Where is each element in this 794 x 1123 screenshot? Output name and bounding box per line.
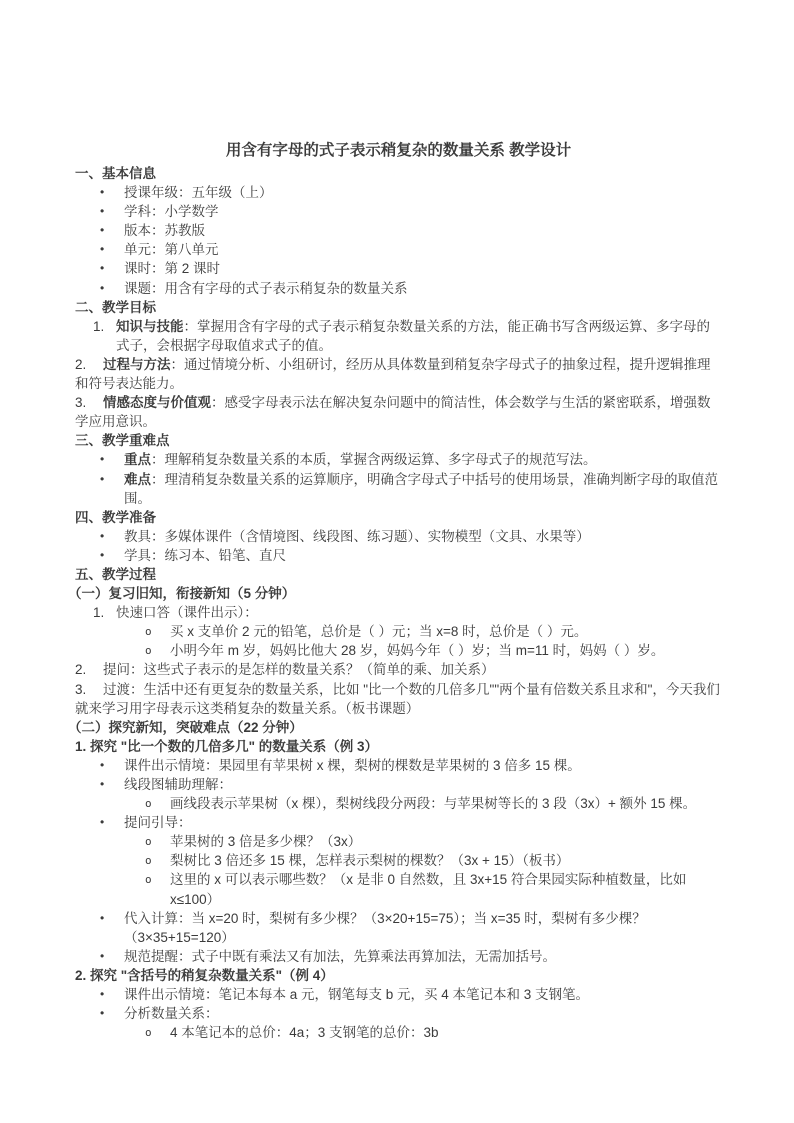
objective-label: 过程与方法 — [103, 357, 171, 372]
objective-knowledge: 知识与技能：掌握用含有字母的式子表示稍复杂数量关系的方法，能正确书写含两级运算、… — [116, 317, 722, 355]
key-point-difficulty: 难点：理清稍复杂数量关系的运算顺序，明确含字母式子中括号的使用场景，准确判断字母… — [124, 470, 722, 508]
explore1-guide-q2: 梨树比 3 倍还多 15 棵，怎样表示梨树的棵数？（3x + 15）（板书） — [170, 851, 722, 870]
sub-list-item: o 苹果树的 3 倍是多少棵？（3x） — [75, 832, 722, 851]
bullet-icon: • — [100, 1004, 124, 1023]
quick-answer-q2: 小明今年 m 岁，妈妈比他大 28 岁，妈妈今年（ ）岁；当 m=11 时，妈妈… — [170, 641, 722, 660]
list-item: • 课题：用含有字母的式子表示稍复杂的数量关系 — [75, 279, 722, 298]
list-item: • 难点：理清稍复杂数量关系的运算顺序，明确含字母式子中括号的使用场景，准确判断… — [75, 470, 722, 508]
explore1-diagram: 线段图辅助理解： — [124, 775, 722, 794]
explore1-guide: 提问引导： — [124, 813, 722, 832]
numbered-item: 1. 快速口答（课件出示）： — [75, 603, 722, 622]
section-heading-basic-info: 一、基本信息 — [75, 164, 722, 183]
bullet-icon: • — [100, 202, 124, 221]
process-part2-heading: （二）探究新知，突破难点（22 分钟） — [68, 718, 722, 737]
basic-info-topic: 课题：用含有字母的式子表示稍复杂的数量关系 — [124, 279, 722, 298]
list-item: • 线段图辅助理解： — [75, 775, 722, 794]
objective-label: 知识与技能 — [116, 319, 184, 334]
bullet-icon: • — [100, 909, 124, 928]
bullet-icon: • — [100, 947, 124, 966]
circle-bullet-icon: o — [145, 870, 170, 889]
list-item: • 学具：练习本、铅笔、直尺 — [75, 546, 722, 565]
list-item: • 单元：第八单元 — [75, 240, 722, 259]
item-number: 2. — [75, 355, 103, 374]
key-point-label: 重点 — [124, 452, 151, 467]
list-item: • 重点：理解稍复杂数量关系的本质，掌握含两级运算、多字母式子的规范写法。 — [75, 450, 722, 469]
list-item: • 课时：第 2 课时 — [75, 259, 722, 278]
list-item: • 分析数量关系： — [75, 1004, 722, 1023]
list-item: • 规范提醒：式子中既有乘法又有加法，先算乘法再算加法，无需加括号。 — [75, 947, 722, 966]
basic-info-edition: 版本：苏教版 — [124, 221, 722, 240]
circle-bullet-icon: o — [145, 622, 170, 641]
circle-bullet-icon: o — [145, 641, 170, 660]
objective-label: 情感态度与价值观 — [103, 395, 211, 410]
numbered-paragraph: 2.过程与方法：通过情境分析、小组研讨，经历从具体数量到稍复杂字母式子的抽象过程… — [75, 355, 722, 393]
explore2-title: 探究 "含括号的稍复杂数量关系"（例 4） — [90, 966, 722, 985]
sub-list-item: o 梨树比 3 倍还多 15 棵，怎样表示梨树的棵数？（3x + 15）（板书） — [75, 851, 722, 870]
doc-title: 用含有字母的式子表示稍复杂的数量关系 教学设计 — [75, 140, 722, 161]
quick-answer-text: 快速口答（课件出示）： — [116, 603, 722, 622]
numbered-paragraph: 3.过渡：生活中还有更复杂的数量关系，比如 "比一个数的几倍多几""两个量有倍数… — [75, 680, 722, 718]
bullet-icon: • — [100, 221, 124, 240]
item-number: 1. — [75, 737, 90, 756]
bullet-icon: • — [100, 259, 124, 278]
basic-info-grade: 授课年级：五年级（上） — [124, 183, 722, 202]
item-number: 1. — [93, 317, 116, 336]
bullet-icon: • — [100, 183, 124, 202]
transition-text: 过渡：生活中还有更复杂的数量关系，比如 "比一个数的几倍多几""两个量有倍数关系… — [75, 682, 720, 716]
bullet-icon: • — [100, 279, 124, 298]
sub-list-item: o 小明今年 m 岁，妈妈比他大 28 岁，妈妈今年（ ）岁；当 m=11 时，… — [75, 641, 722, 660]
sub-list-item: o 画线段表示苹果树（x 棵），梨树线段分两段：与苹果树等长的 3 段（3x）+… — [75, 794, 722, 813]
explore2-analysis-detail: 4 本笔记本的总价：4a；3 支钢笔的总价：3b — [170, 1023, 722, 1042]
numbered-item: 1. 知识与技能：掌握用含有字母的式子表示稍复杂数量关系的方法，能正确书写含两级… — [75, 317, 722, 355]
key-point-text: ：理解稍复杂数量关系的本质，掌握含两级运算、多字母式子的规范写法。 — [151, 452, 597, 467]
item-number: 2. — [75, 660, 103, 679]
list-item: • 教具：多媒体课件（含情境图、线段图、练习题）、实物模型（文具、水果等） — [75, 527, 722, 546]
explore2-heading: 2. 探究 "含括号的稍复杂数量关系"（例 4） — [75, 966, 722, 985]
bullet-icon: • — [100, 775, 124, 794]
process-part1-heading: （一）复习旧知，衔接新知（5 分钟） — [68, 584, 722, 603]
list-item: • 版本：苏教版 — [75, 221, 722, 240]
section-heading-preparation: 四、教学准备 — [75, 508, 722, 527]
numbered-paragraph: 2.提问：这些式子表示的是怎样的数量关系？（简单的乘、加关系） — [75, 660, 722, 679]
objective-text: ：掌握用含有字母的式子表示稍复杂数量关系的方法，能正确书写含两级运算、多字母的式… — [116, 319, 710, 353]
circle-bullet-icon: o — [145, 1023, 170, 1042]
circle-bullet-icon: o — [145, 851, 170, 870]
explore1-substitute: 代入计算：当 x=20 时，梨树有多少棵？（3×20+15=75）；当 x=35… — [124, 909, 722, 947]
item-number: 2. — [75, 966, 90, 985]
basic-info-period: 课时：第 2 课时 — [124, 259, 722, 278]
list-item: • 提问引导： — [75, 813, 722, 832]
bullet-icon: • — [100, 527, 124, 546]
list-item: • 课件出示情境：果园里有苹果树 x 棵，梨树的棵数是苹果树的 3 倍多 15 … — [75, 756, 722, 775]
explore2-analysis: 分析数量关系： — [124, 1004, 722, 1023]
bullet-icon: • — [100, 756, 124, 775]
objective-text: ：通过情境分析、小组研讨，经历从具体数量到稍复杂字母式子的抽象过程，提升逻辑推理… — [75, 357, 711, 391]
explore1-heading: 1. 探究 "比一个数的几倍多几" 的数量关系（例 3） — [75, 737, 722, 756]
explore1-scenario: 课件出示情境：果园里有苹果树 x 棵，梨树的棵数是苹果树的 3 倍多 15 棵。 — [124, 756, 722, 775]
key-point-focus: 重点：理解稍复杂数量关系的本质，掌握含两级运算、多字母式子的规范写法。 — [124, 450, 722, 469]
bullet-icon: • — [100, 546, 124, 565]
key-point-text: ：理清稍复杂数量关系的运算顺序，明确含字母式子中括号的使用场景，准确判断字母的取… — [124, 472, 718, 506]
bullet-icon: • — [100, 450, 124, 469]
explore1-reminder: 规范提醒：式子中既有乘法又有加法，先算乘法再算加法，无需加括号。 — [124, 947, 722, 966]
section-heading-key-points: 三、教学重难点 — [75, 431, 722, 450]
basic-info-subject: 学科：小学数学 — [124, 202, 722, 221]
list-item: • 代入计算：当 x=20 时，梨树有多少棵？（3×20+15=75）；当 x=… — [75, 909, 722, 947]
list-item: • 学科：小学数学 — [75, 202, 722, 221]
list-item: • 课件出示情境：笔记本每本 a 元，钢笔每支 b 元，买 4 本笔记本和 3 … — [75, 985, 722, 1004]
sub-list-item: o 买 x 支单价 2 元的铅笔，总价是（ ）元；当 x=8 时，总价是（ ）元… — [75, 622, 722, 641]
section-heading-objectives: 二、教学目标 — [75, 298, 722, 317]
quick-answer-q1: 买 x 支单价 2 元的铅笔，总价是（ ）元；当 x=8 时，总价是（ ）元。 — [170, 622, 722, 641]
preparation-teacher-tools: 教具：多媒体课件（含情境图、线段图、练习题）、实物模型（文具、水果等） — [124, 527, 722, 546]
key-point-label: 难点 — [124, 472, 151, 487]
preparation-student-tools: 学具：练习本、铅笔、直尺 — [124, 546, 722, 565]
numbered-paragraph: 3.情感态度与价值观：感受字母表示法在解决复杂问题中的简洁性，体会数学与生活的紧… — [75, 393, 722, 431]
explore1-guide-q1: 苹果树的 3 倍是多少棵？（3x） — [170, 832, 722, 851]
explore1-diagram-detail: 画线段表示苹果树（x 棵），梨树线段分两段：与苹果树等长的 3 段（3x）+ 额… — [170, 794, 722, 813]
item-number: 1. — [93, 603, 116, 622]
circle-bullet-icon: o — [145, 832, 170, 851]
lesson-plan-document: 用含有字母的式子表示稍复杂的数量关系 教学设计 一、基本信息 • 授课年级：五年… — [0, 0, 794, 1042]
bullet-icon: • — [100, 240, 124, 259]
explore2-scenario: 课件出示情境：笔记本每本 a 元，钢笔每支 b 元，买 4 本笔记本和 3 支钢… — [124, 985, 722, 1004]
item-number: 3. — [75, 393, 103, 412]
section-heading-process: 五、教学过程 — [75, 565, 722, 584]
bullet-icon: • — [100, 985, 124, 1004]
bullet-icon: • — [100, 813, 124, 832]
explore1-guide-q3: 这里的 x 可以表示哪些数？（x 是非 0 自然数，且 3x+15 符合果园实际… — [170, 870, 722, 908]
sub-list-item: o 4 本笔记本的总价：4a；3 支钢笔的总价：3b — [75, 1023, 722, 1042]
item-number: 3. — [75, 680, 103, 699]
circle-bullet-icon: o — [145, 794, 170, 813]
question-text: 提问：这些式子表示的是怎样的数量关系？（简单的乘、加关系） — [103, 662, 495, 677]
list-item: • 授课年级：五年级（上） — [75, 183, 722, 202]
sub-list-item: o 这里的 x 可以表示哪些数？（x 是非 0 自然数，且 3x+15 符合果园… — [75, 870, 722, 908]
bullet-icon: • — [100, 470, 124, 489]
explore1-title: 探究 "比一个数的几倍多几" 的数量关系（例 3） — [90, 737, 722, 756]
basic-info-unit: 单元：第八单元 — [124, 240, 722, 259]
